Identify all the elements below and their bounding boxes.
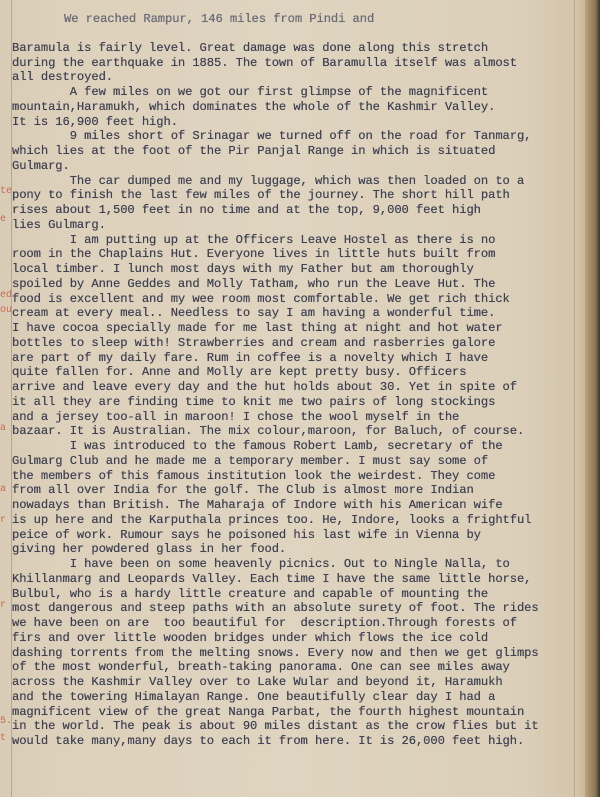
text-line: it all they are finding time to knit me … <box>12 395 582 410</box>
text-line: would take many,many days to each it fro… <box>12 734 582 749</box>
text-line: Baramula is fairly level. Great damage w… <box>12 41 582 56</box>
text-line: rises about 1,500 feet in no time and at… <box>12 203 582 218</box>
text-line: of the most wonderful, breath-taking pan… <box>12 660 582 675</box>
text-line: which lies at the foot of the Pir Panjal… <box>12 144 582 159</box>
text-line: in the world. The peak is about 90 miles… <box>12 719 582 734</box>
text-line: and a jersey too-all in maroon! I chose … <box>12 410 582 425</box>
text-line: dashing torrents from the melting snows.… <box>12 646 582 661</box>
text-line: most dangerous and steep paths with an a… <box>12 601 582 616</box>
text-line: I am putting up at the Officers Leave Ho… <box>12 233 582 248</box>
text-line: pony to finish the last few miles of the… <box>12 188 582 203</box>
margin-mark: 5. <box>0 716 12 728</box>
text-line: peice of work. Rumour says he poisoned h… <box>12 528 582 543</box>
text-line: we have been on are too beautiful for de… <box>12 616 582 631</box>
text-line: 9 miles short of Srinagar we turned off … <box>12 129 582 144</box>
text-line: are part of my daily fare. Rum in coffee… <box>12 351 582 366</box>
text-line: Gulmarg. <box>12 159 582 174</box>
text-line: arrive and leave every day and the hut h… <box>12 380 582 395</box>
margin-mark: r <box>0 515 6 527</box>
margin-mark: ou <box>0 305 12 317</box>
margin-mark: a <box>0 484 6 496</box>
text-line: The car dumped me and my luggage, which … <box>12 174 582 189</box>
text-line: I was introduced to the famous Robert La… <box>12 439 582 454</box>
text-line: is up here and the Karputhala princes to… <box>12 513 582 528</box>
margin-marks: te e ed ou a a r r 5. t <box>0 0 12 797</box>
text-line: bottles to sleep with! Strawberries and … <box>12 336 582 351</box>
text-line: quite fallen for. Anne and Molly are kep… <box>12 365 582 380</box>
text-line: I have been on some heavenly picnics. Ou… <box>12 557 582 572</box>
text-line: lies Gulmarg. <box>12 218 582 233</box>
text-line: and the towering Himalayan Range. One be… <box>12 690 582 705</box>
text-line: giving her powdered glass in her food. <box>12 542 582 557</box>
text-line: local timber. I lunch most days with my … <box>12 262 582 277</box>
text-line: It is 16,900 feet high. <box>12 115 582 130</box>
text-line: bazaar. It is Australian. The mix colour… <box>12 424 582 439</box>
text-line: A few miles on we got our first glimpse … <box>12 85 582 100</box>
text-line: during the earthquake in 1885. The town … <box>12 56 582 71</box>
scanned-page: te e ed ou a a r r 5. t We reached Rampu… <box>0 0 600 797</box>
margin-mark: ed <box>0 290 12 302</box>
text-line: from all over India for the golf. The Cl… <box>12 483 582 498</box>
typed-text-body: We reached Rampur, 146 miles from Pindi … <box>12 12 582 749</box>
margin-mark: r <box>0 600 6 612</box>
text-line: Gulmarg Club and he made me a temporary … <box>12 454 582 469</box>
text-line: spoiled by Anne Geddes and Molly Tatham,… <box>12 277 582 292</box>
header-line: We reached Rampur, 146 miles from Pindi … <box>12 12 582 27</box>
text-line: food is excellent and my wee room most c… <box>12 292 582 307</box>
backing-board <box>585 0 600 797</box>
text-line: Khillanmarg and Leopards Valley. Each ti… <box>12 572 582 587</box>
text-line: the members of this famous institution l… <box>12 469 582 484</box>
margin-mark: e <box>0 214 6 226</box>
margin-mark: a <box>0 423 6 435</box>
text-line: nowadays than British. The Maharaja of I… <box>12 498 582 513</box>
text-line: firs and over little wooden bridges unde… <box>12 631 582 646</box>
margin-mark: te <box>0 186 12 198</box>
text-line: I have cocoa specially made for me last … <box>12 321 582 336</box>
text-line: all destroyed. <box>12 70 582 85</box>
text-line: room in the Chaplains Hut. Everyone live… <box>12 247 582 262</box>
text-line: across the Kashmir Valley over to Lake W… <box>12 675 582 690</box>
margin-mark: t <box>0 733 6 745</box>
text-line: mountain,Haramukh, which dominates the w… <box>12 100 582 115</box>
text-line: cream at every meal.. Needless to say I … <box>12 306 582 321</box>
text-line: magnificent view of the great Nanga Parb… <box>12 705 582 720</box>
text-line: Bulbul, who is a hardy little creature a… <box>12 587 582 602</box>
